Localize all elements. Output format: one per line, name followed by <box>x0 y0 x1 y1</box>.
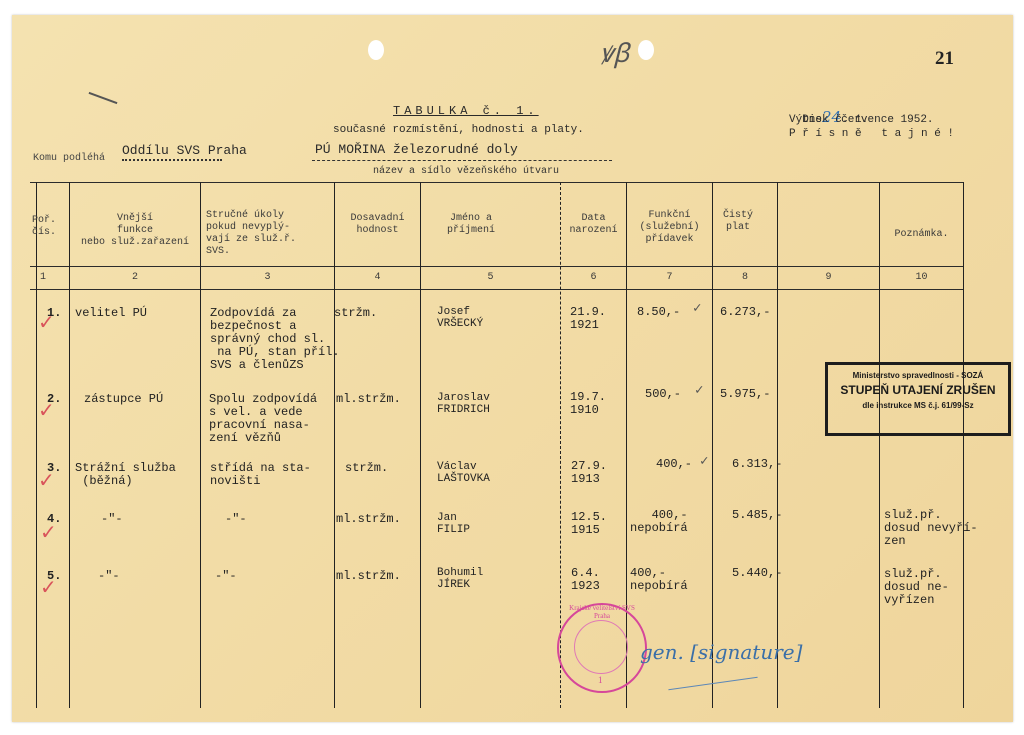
row-name: Bohumil JÍREK <box>437 567 483 591</box>
row-name: Václav LAŠTOVKA <box>437 461 490 485</box>
header-tasks: Stručné úkoly pokud nevyplý- vají ze slu… <box>206 210 334 258</box>
colnum-9: 9 <box>778 272 879 284</box>
row-tasks: Zodpovídá za bezpečnost a správný chod s… <box>210 307 340 372</box>
row-function: velitel PÚ <box>75 307 147 320</box>
pencil-tick-icon: ✓ <box>700 453 708 470</box>
row-tasks: Spolu zodpovídá s vel. a vede pracovní n… <box>209 393 317 445</box>
colnum-5: 5 <box>421 272 560 284</box>
table-colnum-divider <box>30 289 964 290</box>
header-net-pay: Čistý plat <box>713 210 763 234</box>
colnum-7: 7 <box>627 272 712 284</box>
row-allowance: 400,- <box>656 458 692 471</box>
row-allowance: 500,- <box>645 388 681 401</box>
check-mark-icon: ✓ <box>40 575 57 599</box>
header-note: Poznámka. <box>880 229 963 241</box>
facility-caption: název a sídlo vězeňského útvaru <box>373 166 559 177</box>
col-border-0 <box>36 182 37 708</box>
header-no: Poř. čís. <box>32 215 72 239</box>
row-tasks: -"- <box>215 570 237 583</box>
row-name: Jan FILIP <box>437 512 470 536</box>
pencil-tick-icon: ✓ <box>695 382 703 399</box>
punch-hole-right <box>638 40 654 60</box>
row-net-pay: 5.440,- <box>732 567 782 580</box>
row-note: služ.př. dosud ne- vyřízen <box>884 568 949 607</box>
official-seal: Krajské velitelství SVS Praha 1 <box>557 603 647 693</box>
table-top-border <box>30 182 964 183</box>
colnum-3: 3 <box>201 272 334 284</box>
row-net-pay: 5.975,- <box>720 388 770 401</box>
col-border-8 <box>777 182 778 708</box>
row-birth: 27.9. 1913 <box>571 460 607 486</box>
row-net-pay: 6.273,- <box>720 306 770 319</box>
header-allowance: Funkční (služební) přídavek <box>627 210 712 246</box>
pencil-initials: ꝟꞵ <box>600 34 629 70</box>
row-note: služ.př. dosud nevyří- zen <box>884 509 978 548</box>
copy-line: Výtisk č. 1. <box>789 114 868 127</box>
facility-dashed-line <box>312 160 612 161</box>
row-tasks: -"- <box>225 513 247 526</box>
col-border-2 <box>200 182 201 708</box>
facility-name: PÚ MOŘINA železorudné doly <box>315 143 518 157</box>
row-net-pay: 6.313,- <box>732 458 782 471</box>
table-header-divider <box>30 266 964 267</box>
row-rank: ml.stržm. <box>336 393 401 406</box>
recipient-value: Oddílu SVS Praha <box>122 144 247 158</box>
col-border-10 <box>963 182 964 708</box>
col-border-3 <box>334 182 335 708</box>
colnum-2: 2 <box>70 272 200 284</box>
row-birth: 21.9. 1921 <box>570 306 606 332</box>
row-function: -"- <box>98 570 120 583</box>
row-net-pay: 5.485,- <box>732 509 782 522</box>
row-allowance: 400,- nepobírá <box>630 567 688 593</box>
colnum-1: 1 <box>37 272 49 284</box>
row-birth: 6.4. 1923 <box>571 567 600 593</box>
header-function: Vnější funkce nebo služ.zařazení <box>70 213 200 249</box>
col-border-9 <box>879 182 880 708</box>
signature: gen. [signature] <box>640 640 802 664</box>
row-rank: ml.stržm. <box>336 513 401 526</box>
header-birth: Data narození <box>561 213 626 237</box>
row-name: Josef VRŠECKÝ <box>437 306 483 330</box>
stamp-line-3: dle instrukce MS č.j. 61/99-Sz <box>828 401 1008 410</box>
check-mark-icon: ✓ <box>38 468 55 492</box>
row-name: Jaroslav FRIDRICH <box>437 392 490 416</box>
colnum-10: 10 <box>880 272 963 284</box>
col-border-7 <box>712 182 713 708</box>
document-subtitle: současné rozmístění, hodnosti a platy. <box>333 124 584 137</box>
header-rank: Dosavadní hodnost <box>335 213 420 237</box>
colnum-4: 4 <box>335 272 420 284</box>
row-tasks: střídá na sta- novišti <box>210 462 311 488</box>
row-function: Strážní služba (běžná) <box>75 462 176 488</box>
row-rank: stržm. <box>334 307 377 320</box>
page-title: TABULKA č. 1. <box>393 104 539 118</box>
seal-number: 1 <box>598 675 603 685</box>
pencil-tick-icon: ✓ <box>693 300 701 317</box>
check-mark-icon: ✓ <box>38 398 55 422</box>
row-rank: ml.stržm. <box>336 570 401 583</box>
recipient-dotted-line <box>122 159 222 161</box>
colnum-8: 8 <box>713 272 777 284</box>
header-name: Jméno a příjmení <box>421 213 521 237</box>
declassification-stamp: Ministerstvo spravedlnosti - SOZÁ STUPEŇ… <box>825 362 1011 436</box>
row-birth: 19.7. 1910 <box>570 391 606 417</box>
col-border-4 <box>420 182 421 708</box>
page-number: 21 <box>935 48 954 70</box>
row-birth: 12.5. 1915 <box>571 511 607 537</box>
row-rank: stržm. <box>345 462 388 475</box>
colnum-6: 6 <box>561 272 626 284</box>
row-allowance: 400,- nepobírá <box>630 509 688 535</box>
classification: P ř í s n ě t a j n é ! <box>789 128 954 141</box>
recipient-label: Komu podléhá <box>33 153 105 164</box>
row-allowance: 8.50,- <box>637 306 680 319</box>
stamp-line-2: STUPEŇ UTAJENÍ ZRUŠEN <box>828 383 1008 397</box>
row-function: zástupce PÚ <box>84 393 163 406</box>
check-mark-icon: ✓ <box>40 520 57 544</box>
seal-lion-emblem-icon <box>574 620 628 674</box>
seal-text: Krajské velitelství SVS Praha <box>563 604 641 620</box>
row-function: -"- <box>101 513 123 526</box>
punch-hole-left <box>368 40 384 60</box>
col-border-1 <box>69 182 70 708</box>
check-mark-icon: ✓ <box>38 310 55 334</box>
stamp-line-1: Ministerstvo spravedlnosti - SOZÁ <box>828 371 1008 380</box>
